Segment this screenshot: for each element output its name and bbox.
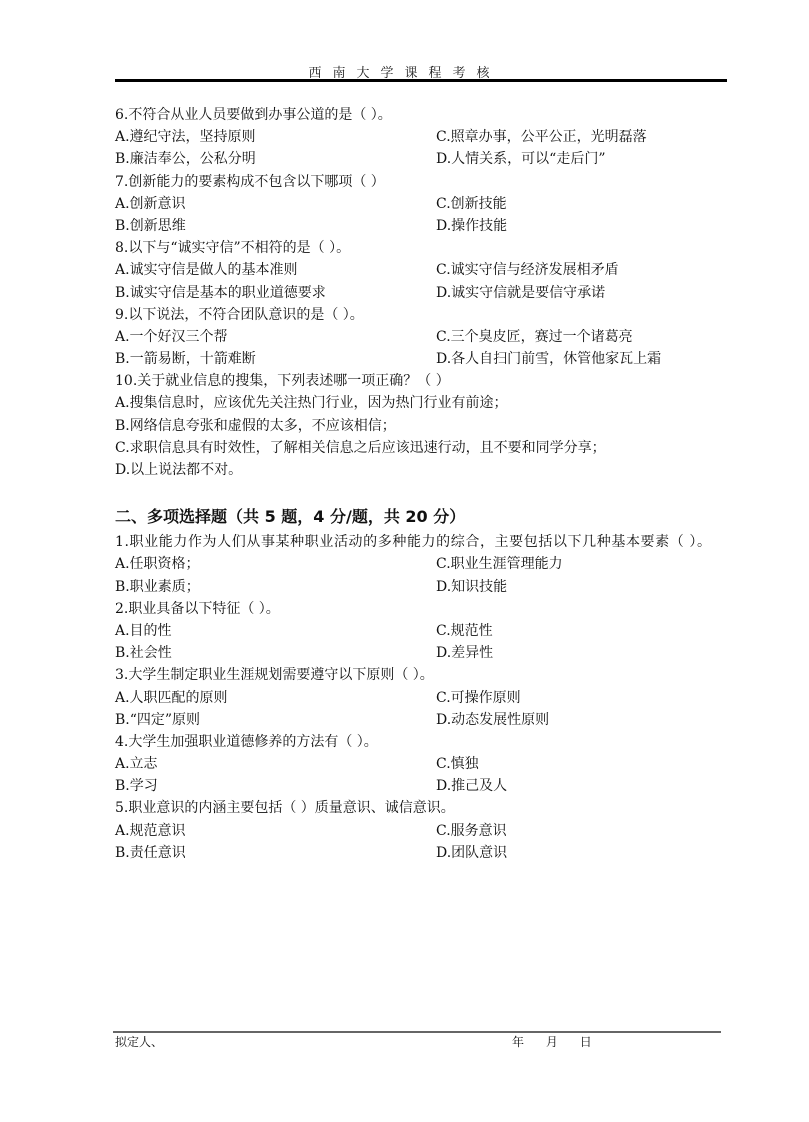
option-a: A.诚实守信是做人的基本准则: [115, 259, 298, 281]
day-label: 日: [580, 1033, 592, 1050]
question-stem: 9.以下说法，不符合团队意识的是（ ）。: [115, 304, 727, 326]
option-row: A.诚实守信是做人的基本准则 C.诚实守信与经济发展相矛盾: [115, 259, 727, 281]
option-d: D.操作技能: [436, 215, 507, 237]
option-d: D.诚实守信就是要信守承诺: [436, 282, 605, 304]
question-stem: 1.职业能力作为人们从事某种职业活动的多种能力的综合，主要包括以下几种基本要素（…: [115, 531, 727, 553]
option-d: D.知识技能: [436, 576, 507, 598]
question-stem: 8.以下与“诚实守信”不相符的是（ ）。: [115, 237, 727, 259]
option-d: D.团队意识: [436, 842, 507, 864]
option-b: B.诚实守信是基本的职业道德要求: [115, 282, 326, 304]
option-row: B.“四定”原则 D.动态发展性原则: [115, 709, 727, 731]
option-row: A.创新意识 C.创新技能: [115, 193, 727, 215]
option-c: C.三个臭皮匠，赛过一个诸葛亮: [436, 326, 633, 348]
option-a: A.目的性: [115, 620, 172, 642]
option-row: A.规范意识 C.服务意识: [115, 820, 727, 842]
year-label: 年: [512, 1033, 524, 1050]
option-row: B.学习 D.推己及人: [115, 775, 727, 797]
option-a: A.立志: [115, 753, 158, 775]
option-row: A.任职资格； C.职业生涯管理能力: [115, 553, 727, 575]
option-b: B.责任意识: [115, 842, 186, 864]
option-row: A.人职匹配的原则 C.可操作原则: [115, 687, 727, 709]
question-stem: 10.关于就业信息的搜集，下列表述哪一项正确？（ ）: [115, 370, 727, 392]
date-fields: 年 月 日: [512, 1033, 610, 1050]
option-row: A.一个好汉三个帮 C.三个臭皮匠，赛过一个诸葛亮: [115, 326, 727, 348]
question-stem: 6.不符合从业人员要做到办事公道的是（ ）。: [115, 104, 727, 126]
option-c: C.创新技能: [436, 193, 507, 215]
option-row: A.遵纪守法，坚持原则 C.照章办事，公平公正，光明磊落: [115, 126, 727, 148]
option-d: D.推己及人: [436, 775, 507, 797]
option-c: C.规范性: [436, 620, 493, 642]
option-a: A.规范意识: [115, 820, 186, 842]
option-row: B.社会性 D.差异性: [115, 642, 727, 664]
option-c: C.职业生涯管理能力: [436, 553, 563, 575]
option-b: B.“四定”原则: [115, 709, 200, 731]
option-c: C.照章办事，公平公正，光明磊落: [436, 126, 647, 148]
exam-content: 6.不符合从业人员要做到办事公道的是（ ）。 A.遵纪守法，坚持原则 C.照章办…: [115, 104, 727, 864]
option-row: A.目的性 C.规范性: [115, 620, 727, 642]
option-row: A.立志 C.慎独: [115, 753, 727, 775]
option-c: C.可操作原则: [436, 687, 521, 709]
option-d: D.各人自扫门前雪，休管他家瓦上霜: [436, 348, 661, 370]
question-stem: 4.大学生加强职业道德修养的方法有（ ）。: [115, 731, 727, 753]
option-b: B.网络信息夸张和虚假的太多，不应该相信；: [115, 415, 727, 437]
month-label: 月: [546, 1033, 558, 1050]
option-a: A.搜集信息时，应该优先关注热门行业，因为热门行业有前途；: [115, 392, 727, 414]
question-stem: 7.创新能力的要素构成不包含以下哪项（ ）: [115, 171, 727, 193]
option-b: B.职业素质；: [115, 576, 200, 598]
section-title: 二、多项选择题（共 5 题，4 分/题，共 20 分）: [115, 503, 727, 531]
option-c: C.求职信息具有时效性，了解相关信息之后应该迅速行动，且不要和同学分享；: [115, 437, 727, 459]
option-a: A.人职匹配的原则: [115, 687, 228, 709]
option-row: B.职业素质； D.知识技能: [115, 576, 727, 598]
option-d: D.动态发展性原则: [436, 709, 549, 731]
option-row: B.一箭易断，十箭难断 D.各人自扫门前雪，休管他家瓦上霜: [115, 348, 727, 370]
option-d: D.以上说法都不对。: [115, 459, 727, 481]
option-b: B.学习: [115, 775, 158, 797]
option-b: B.社会性: [115, 642, 172, 664]
option-row: B.诚实守信是基本的职业道德要求 D.诚实守信就是要信守承诺: [115, 282, 727, 304]
option-d: D.差异性: [436, 642, 493, 664]
footer-rule: [113, 1031, 721, 1033]
option-d: D.人情关系，可以“走后门”: [436, 148, 606, 170]
header-rule: [115, 79, 727, 82]
option-row: B.创新思维 D.操作技能: [115, 215, 727, 237]
option-c: C.慎独: [436, 753, 479, 775]
option-row: B.廉洁奉公，公私分明 D.人情关系，可以“走后门”: [115, 148, 727, 170]
option-b: B.创新思维: [115, 215, 186, 237]
option-c: C.诚实守信与经济发展相矛盾: [436, 259, 619, 281]
question-stem: 2.职业具备以下特征（ ）。: [115, 598, 727, 620]
option-b: B.一箭易断，十箭难断: [115, 348, 256, 370]
option-a: A.一个好汉三个帮: [115, 326, 228, 348]
question-stem: 3.大学生制定职业生涯规划需要遵守以下原则（ ）。: [115, 664, 727, 686]
option-b: B.廉洁奉公，公私分明: [115, 148, 256, 170]
option-a: A.遵纪守法，坚持原则: [115, 126, 256, 148]
question-stem: 5.职业意识的内涵主要包括（ ）质量意识、诚信意识。: [115, 797, 727, 819]
option-row: B.责任意识 D.团队意识: [115, 842, 727, 864]
option-c: C.服务意识: [436, 820, 507, 842]
option-a: A.创新意识: [115, 193, 186, 215]
option-a: A.任职资格；: [115, 553, 200, 575]
author-label: 拟定人、: [115, 1033, 163, 1050]
